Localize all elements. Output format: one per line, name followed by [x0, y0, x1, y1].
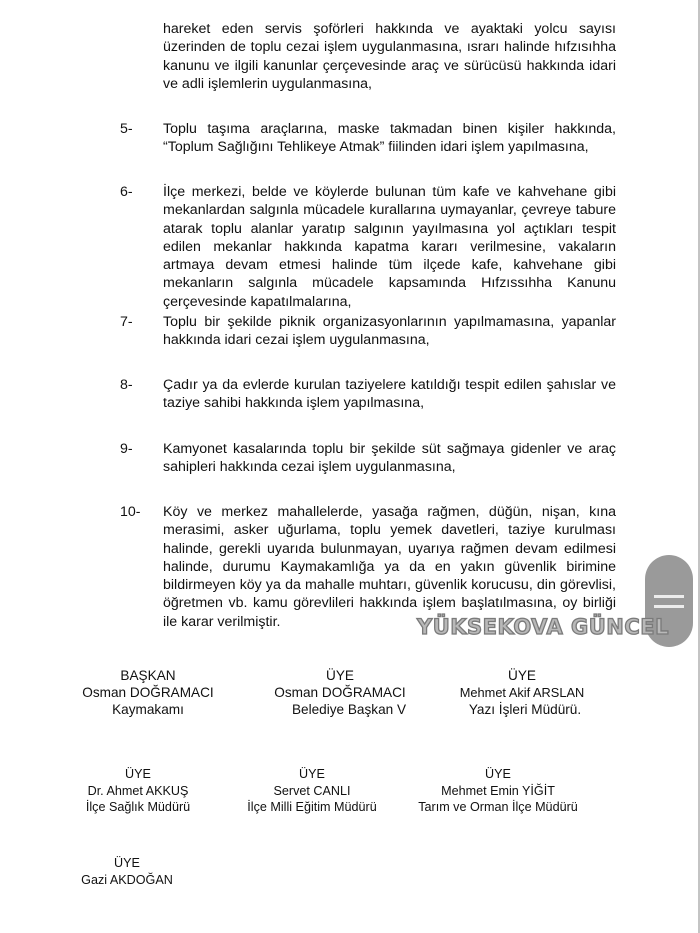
signature-title: Tarım ve Orman İlçe Müdürü — [408, 799, 588, 816]
item-number-5: 5- — [120, 120, 133, 138]
signature-title: Kaymakamı — [78, 701, 218, 718]
signature-name: Mehmet Akif ARSLAN — [452, 684, 592, 701]
menu-handle-icon — [654, 595, 684, 598]
item-text-10: Köy ve merkez mahallelerde, yasağa rağme… — [163, 503, 616, 631]
signature-baskan: BAŞKAN Osman DOĞRAMACI Kaymakamı — [78, 667, 218, 718]
document-page: hareket eden servis şoförleri hakkında v… — [0, 0, 700, 933]
continuation-paragraph: hareket eden servis şoförleri hakkında v… — [163, 20, 616, 93]
signature-role: ÜYE — [270, 667, 410, 684]
item-number-8: 8- — [120, 376, 133, 394]
item-number-10: 10- — [120, 503, 141, 521]
signature-name: Gazi AKDOĞAN — [72, 872, 182, 889]
signature-uye-belediye: ÜYE Osman DOĞRAMACI Belediye Başkan V — [270, 667, 410, 718]
item-text-5: Toplu taşıma araçlarına, maske takmadan … — [163, 120, 616, 157]
item-text-6: İlçe merkezi, belde ve köylerde bulunan … — [163, 183, 616, 311]
signature-title: İlçe Sağlık Müdürü — [70, 799, 206, 816]
signature-uye-akdogan: ÜYE Gazi AKDOĞAN — [72, 855, 182, 888]
signature-role: ÜYE — [408, 766, 588, 783]
signature-uye-saglik: ÜYE Dr. Ahmet AKKUŞ İlçe Sağlık Müdürü — [70, 766, 206, 816]
signature-name: Servet CANLI — [232, 783, 392, 800]
signature-uye-yazi-isleri: ÜYE Mehmet Akif ARSLAN Yazı İşleri Müdür… — [452, 667, 592, 718]
signature-name: Osman DOĞRAMACI — [78, 684, 218, 701]
signature-title: Yazı İşleri Müdürü. — [452, 701, 592, 718]
item-text-9: Kamyonet kasalarında toplu bir şekilde s… — [163, 440, 616, 477]
signature-uye-tarim: ÜYE Mehmet Emin YİĞİT Tarım ve Orman İlç… — [408, 766, 588, 816]
signature-uye-milli-egitim: ÜYE Servet CANLI İlçe Milli Eğitim Müdür… — [232, 766, 392, 816]
signature-role: ÜYE — [452, 667, 592, 684]
signature-title: Belediye Başkan V — [270, 701, 410, 718]
signature-title: İlçe Milli Eğitim Müdürü — [232, 799, 392, 816]
watermark: YÜKSEKOVA GÜNCEL — [417, 615, 669, 639]
signature-name: Mehmet Emin YİĞİT — [408, 783, 588, 800]
signature-name: Osman DOĞRAMACI — [270, 684, 410, 701]
menu-handle-icon-line — [654, 605, 684, 608]
signature-role: BAŞKAN — [78, 667, 218, 684]
signature-role: ÜYE — [70, 766, 206, 783]
signature-role: ÜYE — [72, 855, 182, 872]
signature-role: ÜYE — [232, 766, 392, 783]
item-number-9: 9- — [120, 440, 133, 458]
item-number-6: 6- — [120, 183, 133, 201]
item-text-8: Çadır ya da evlerde kurulan taziyelere k… — [163, 376, 616, 413]
item-text-7: Toplu bir şekilde piknik organizasyonlar… — [163, 313, 616, 350]
item-number-7: 7- — [120, 313, 133, 331]
signature-name: Dr. Ahmet AKKUŞ — [70, 783, 206, 800]
